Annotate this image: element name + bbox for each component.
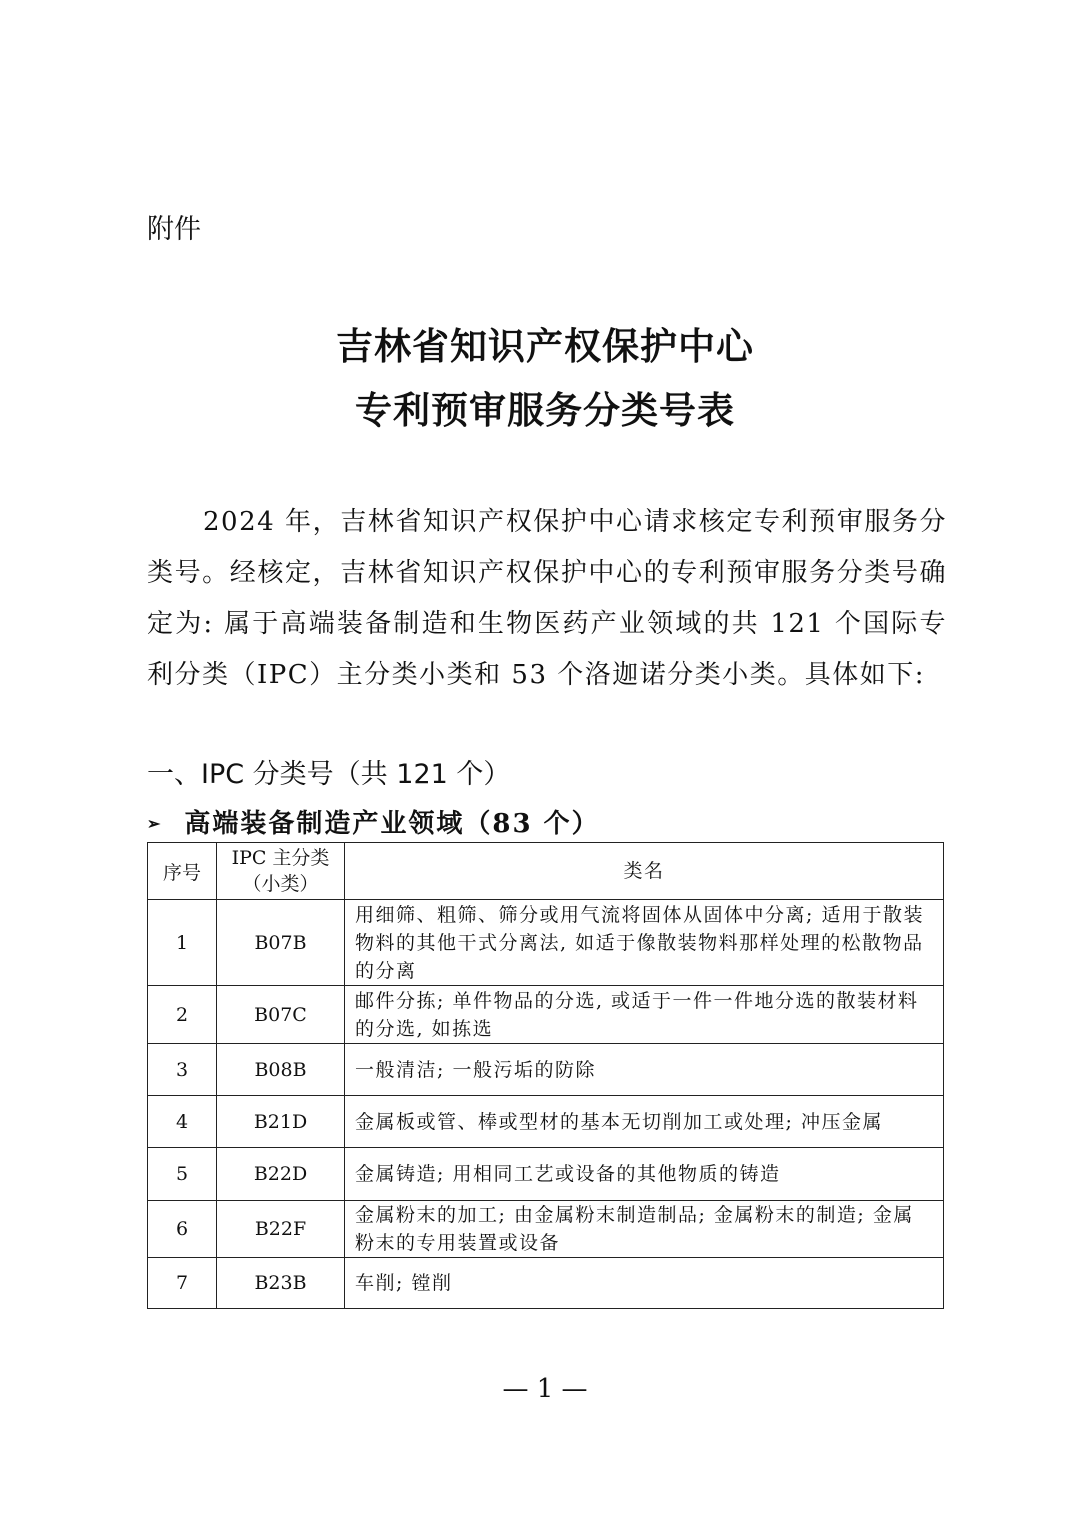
cell-seq: 3 bbox=[148, 1044, 217, 1096]
cell-name: 金属铸造; 用相同工艺或设备的其他物质的铸造 bbox=[345, 1148, 944, 1201]
cell-ipc: B07C bbox=[217, 986, 345, 1044]
cell-ipc: B22F bbox=[217, 1201, 345, 1258]
cell-seq: 6 bbox=[148, 1201, 217, 1258]
cell-ipc: B21D bbox=[217, 1096, 345, 1148]
cell-ipc: B22D bbox=[217, 1148, 345, 1201]
attachment-label: 附件 bbox=[147, 207, 201, 246]
table-row: 6B22F金属粉末的加工; 由金属粉末制造制品; 金属粉末的制造; 金属粉末的专… bbox=[148, 1201, 944, 1258]
cell-ipc: B23B bbox=[217, 1258, 345, 1309]
cell-seq: 5 bbox=[148, 1148, 217, 1201]
document-title-line2: 专利预审服务分类号表 bbox=[0, 380, 1080, 434]
cell-ipc: B07B bbox=[217, 900, 345, 986]
cell-name: 车削; 镗削 bbox=[345, 1258, 944, 1309]
cell-seq: 4 bbox=[148, 1096, 217, 1148]
cell-name: 用细筛、粗筛、筛分或用气流将固体从固体中分离; 适用于散装物料的其他干式分离法,… bbox=[345, 900, 944, 986]
subsection-heading-text: 高端装备制造产业领域（83 个） bbox=[184, 809, 599, 839]
cell-name: 一般清洁; 一般污垢的防除 bbox=[345, 1044, 944, 1096]
table-row: 7B23B车削; 镗削 bbox=[148, 1258, 944, 1309]
cell-ipc: B08B bbox=[217, 1044, 345, 1096]
intro-text: 2024 年，吉林省知识产权保护中心请求核定专利预审服务分类号。经核定，吉林省知… bbox=[147, 497, 947, 701]
header-ipc: IPC 主分类 （小类） bbox=[217, 843, 345, 900]
cell-name: 金属板或管、棒或型材的基本无切削加工或处理; 冲压金属 bbox=[345, 1096, 944, 1148]
ipc-classification-table: 序号 IPC 主分类 （小类） 类名 1B07B用细筛、粗筛、筛分或用气流将固体… bbox=[147, 842, 944, 1309]
cell-seq: 2 bbox=[148, 986, 217, 1044]
cell-seq: 1 bbox=[148, 900, 217, 986]
cell-name: 邮件分拣; 单件物品的分选, 或适于一件一件地分选的散装材料的分选, 如拣选 bbox=[345, 986, 944, 1044]
header-seq: 序号 bbox=[148, 843, 217, 900]
subsection-heading: ➢高端装备制造产业领域（83 个） bbox=[147, 803, 600, 840]
table-row: 4B21D金属板或管、棒或型材的基本无切削加工或处理; 冲压金属 bbox=[148, 1096, 944, 1148]
intro-paragraph: 2024 年，吉林省知识产权保护中心请求核定专利预审服务分类号。经核定，吉林省知… bbox=[147, 497, 947, 701]
cell-name: 金属粉末的加工; 由金属粉末制造制品; 金属粉末的制造; 金属粉末的专用装置或设… bbox=[345, 1201, 944, 1258]
table-row: 5B22D金属铸造; 用相同工艺或设备的其他物质的铸造 bbox=[148, 1148, 944, 1201]
header-ipc-line2: （小类） bbox=[227, 871, 334, 897]
table-row: 2B07C邮件分拣; 单件物品的分选, 或适于一件一件地分选的散装材料的分选, … bbox=[148, 986, 944, 1044]
header-name: 类名 bbox=[345, 843, 944, 900]
cell-seq: 7 bbox=[148, 1258, 217, 1309]
section-heading: 一、IPC 分类号（共 121 个） bbox=[147, 752, 510, 791]
table-header-row: 序号 IPC 主分类 （小类） 类名 bbox=[148, 843, 944, 900]
arrow-bullet-icon: ➢ bbox=[147, 814, 162, 833]
table-row: 3B08B一般清洁; 一般污垢的防除 bbox=[148, 1044, 944, 1096]
page-number: — 1 — bbox=[0, 1374, 1080, 1404]
document-title-line1: 吉林省知识产权保护中心 bbox=[0, 316, 1080, 370]
table-row: 1B07B用细筛、粗筛、筛分或用气流将固体从固体中分离; 适用于散装物料的其他干… bbox=[148, 900, 944, 986]
header-ipc-line1: IPC 主分类 bbox=[227, 845, 334, 871]
